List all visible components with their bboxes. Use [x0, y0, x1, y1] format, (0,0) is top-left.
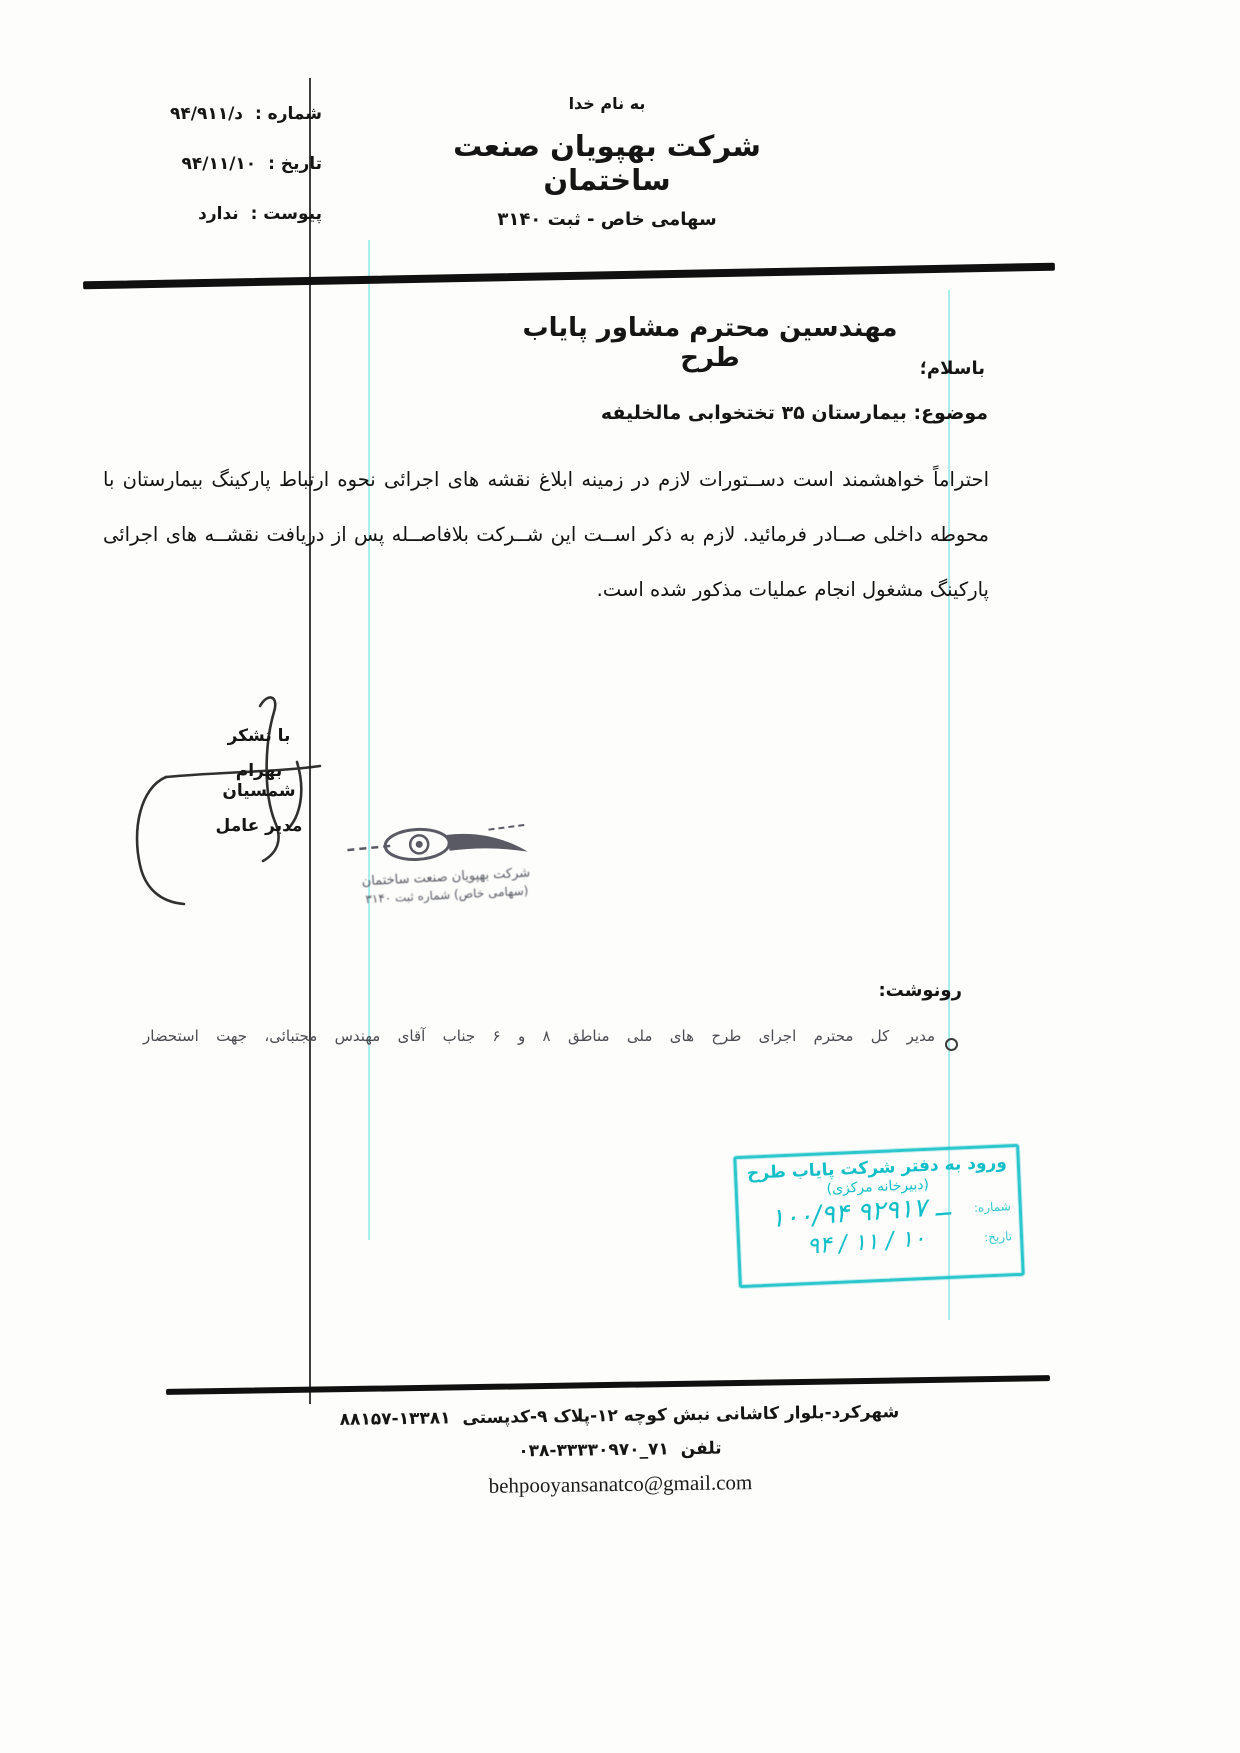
- footer-phone-label: تلفن: [681, 1439, 722, 1460]
- handwritten-signature: [118, 680, 348, 925]
- letter-date-row: تاریخ : ۹۴/۱۱/۱۰: [130, 154, 322, 174]
- header-divider-rule: [83, 263, 1055, 290]
- salutation: باسلام؛: [920, 358, 985, 379]
- company-stamp: شرکت بهپویان صنعت ساختمان (سهامی خاص) شم…: [328, 810, 562, 908]
- cc-heading: رونوشت:: [878, 980, 962, 1001]
- footer-address-text: شهرکرد-بلوار کاشانی نبش کوچه ۱۲-پلاک ۹-ک…: [462, 1402, 899, 1428]
- subject-line: موضوع: بیمارستان ۳۵ تختخوابی مالخلیفه: [601, 402, 988, 424]
- recipient-line: مهندسین محترم مشاور پایاب طرح: [520, 313, 900, 373]
- letter-attachment-row: پیوست : ندارد: [130, 204, 322, 224]
- footer-postal-code: ۸۸۱۵۷-۱۳۳۸۱: [340, 1408, 451, 1430]
- footer-divider-rule: [166, 1375, 1050, 1395]
- entry-stamp-number-label: شماره:: [974, 1199, 1011, 1215]
- body-line: احتراماً خواهشمند است دســتورات لازم در …: [103, 452, 989, 507]
- body-line: محوطه داخلی صــادر فرمائید. لازم به ذکر …: [103, 507, 989, 562]
- footer-phone-value: ۰۳۸-۳۳۳۳۰۹۷۰_۷۱: [518, 1439, 669, 1461]
- entry-stamp-date-label: تاریخ:: [984, 1229, 1013, 1244]
- letter-number-value: ۹۴/د/۹۱۱: [170, 104, 243, 124]
- scan-artifact-line: [368, 240, 370, 1240]
- letter-attachment-label: پیوست :: [251, 204, 322, 224]
- letter-number-row: شماره : ۹۴/د/۹۱۱: [130, 104, 322, 124]
- body-line: پارکینگ مشغول انجام عملیات مذکور شده است…: [103, 562, 989, 617]
- letter-date-value: ۹۴/۱۱/۱۰: [181, 154, 256, 174]
- entry-stamp: ورود به دفتر شرکت پایاب طرح (دبیرخانه مر…: [733, 1144, 1024, 1288]
- company-name: شرکت بهپویان صنعت ساختمان: [387, 129, 827, 197]
- cc-item: مدیر کل محترم اجرای طرح های ملی مناطق ۸ …: [143, 1027, 935, 1045]
- footer-address: شهرکرد-بلوار کاشانی نبش کوچه ۱۲-پلاک ۹-ک…: [149, 1399, 1089, 1432]
- letter-date-label: تاریخ :: [268, 154, 322, 174]
- letter-number-label: شماره :: [255, 104, 322, 124]
- stamp-eye-logo-icon: [338, 811, 550, 874]
- cc-bullet-icon: [945, 1038, 958, 1051]
- letterhead: به نام خدا شرکت بهپویان صنعت ساختمان سها…: [387, 94, 827, 230]
- letter-meta-block: شماره : ۹۴/د/۹۱۱ تاریخ : ۹۴/۱۱/۱۰ پیوست …: [130, 104, 322, 254]
- footer: شهرکرد-بلوار کاشانی نبش کوچه ۱۲-پلاک ۹-ک…: [149, 1399, 1090, 1503]
- letter-attachment-value: ندارد: [198, 204, 239, 224]
- company-registration: سهامی خاص - ثبت ۳۱۴۰: [387, 209, 827, 230]
- bismillah-text: به نام خدا: [387, 94, 827, 113]
- footer-email: behpooyansanatco@gmail.com: [150, 1465, 1090, 1503]
- footer-phone: تلفن ۰۳۸-۳۳۳۳۰۹۷۰_۷۱: [150, 1433, 1090, 1466]
- letter-body: احتراماً خواهشمند است دســتورات لازم در …: [103, 452, 989, 617]
- scanned-letter-page: شماره : ۹۴/د/۹۱۱ تاریخ : ۹۴/۱۱/۱۰ پیوست …: [0, 0, 1240, 1753]
